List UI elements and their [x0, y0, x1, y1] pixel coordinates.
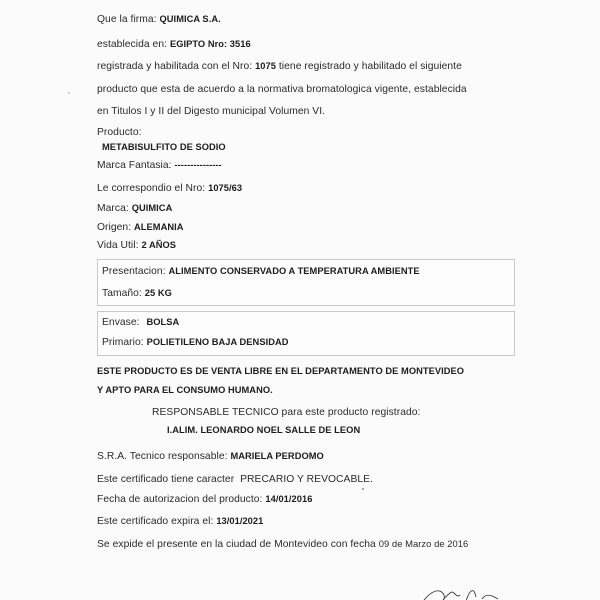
marca-fantasia-label: Marca Fantasia:: [97, 160, 172, 171]
firma-line: Que la firma: QUIMICA S.A.: [97, 14, 221, 25]
establecida-value: EGIPTO Nro: 3516: [170, 39, 251, 49]
marca-line: Marca: QUIMICA: [97, 203, 172, 214]
registro-line-3: en Titulos I y II del Digesto municipal …: [97, 106, 325, 117]
caracter-label: Este certificado tiene caracter: [97, 474, 234, 485]
registro-line-2: producto que esta de acuerdo a la normat…: [97, 84, 467, 95]
primario-line: Primario: POLIETILENO BAJA DENSIDAD: [102, 337, 289, 348]
marca-label: Marca:: [97, 203, 129, 214]
presentacion-line: Presentacion: ALIMENTO CONSERVADO A TEMP…: [102, 266, 420, 277]
sra-tecnico-line: S.R.A. Tecnico responsable: MARIELA PERD…: [97, 451, 324, 462]
registro-text: tiene registrado y habilitado el siguien…: [279, 61, 462, 72]
nro-asignado-label: Le correspondio el Nro:: [97, 183, 205, 194]
expira-line: Este certificado expira el: 13/01/2021: [97, 516, 263, 527]
ink-speck: [68, 92, 70, 94]
expedicion-value: 09 de Marzo de 2016: [379, 538, 469, 549]
presentacion-box: Presentacion: ALIMENTO CONSERVADO A TEMP…: [97, 259, 515, 306]
vida-util-value: 2 AÑOS: [141, 240, 176, 250]
establecida-line: establecida en: EGIPTO Nro: 3516: [97, 39, 251, 50]
sra-tecnico-value: MARIELA PERDOMO: [230, 451, 323, 461]
ink-speck: [362, 488, 364, 490]
marca-fantasia-value: ---------------: [175, 160, 222, 170]
firma-value: QUIMICA S.A.: [160, 14, 221, 24]
tamano-line: Tamaño: 25 KG: [102, 288, 172, 299]
registro-line-1: registrada y habilitada con el Nro: 1075…: [97, 61, 462, 72]
origen-value: ALEMANIA: [134, 222, 183, 232]
envase-box: Envase: BOLSA Primario: POLIETILENO BAJA…: [97, 311, 515, 356]
establecida-label: establecida en:: [97, 39, 167, 50]
caracter-line: Este certificado tiene caracter PRECARIO…: [97, 474, 373, 485]
marca-fantasia-line: Marca Fantasia: ---------------: [97, 160, 222, 171]
fecha-autorizacion-label: Fecha de autorizacion del producto:: [97, 494, 262, 505]
expedicion-label: Se expide el presente en la ciudad de Mo…: [97, 539, 376, 550]
expira-value: 13/01/2021: [216, 516, 263, 526]
registro-text: registrada y habilitada con el Nro:: [97, 61, 252, 72]
venta-libre-line-2: Y APTO PARA EL CONSUMO HUMANO.: [97, 385, 273, 395]
signature-mark: [420, 585, 540, 600]
tamano-label: Tamaño:: [102, 288, 142, 299]
envase-line: Envase: BOLSA: [102, 317, 179, 328]
envase-label: Envase:: [102, 317, 140, 328]
vida-util-line: Vida Util: 2 AÑOS: [97, 240, 176, 251]
nro-asignado-value: 1075/63: [208, 183, 242, 193]
expira-label: Este certificado expira el:: [97, 516, 213, 527]
origen-label: Origen:: [97, 222, 131, 233]
origen-line: Origen: ALEMANIA: [97, 222, 184, 233]
responsable-tecnico-name: I.ALIM. LEONARDO NOEL SALLE DE LEON: [167, 425, 360, 435]
venta-libre-line-1: ESTE PRODUCTO ES DE VENTA LIBRE EN EL DE…: [97, 366, 464, 376]
primario-value: POLIETILENO BAJA DENSIDAD: [147, 337, 289, 347]
fecha-autorizacion-value: 14/01/2016: [265, 494, 312, 504]
tamano-value: 25 KG: [145, 288, 172, 298]
producto-value: METABISULFITO DE SODIO: [102, 142, 226, 152]
envase-value: BOLSA: [146, 317, 179, 327]
firma-label: Que la firma:: [97, 14, 157, 25]
expedicion-line: Se expide el presente en la ciudad de Mo…: [97, 538, 468, 550]
nro-asignado-line: Le correspondio el Nro: 1075/63: [97, 183, 242, 194]
registro-nro: 1075: [255, 61, 276, 71]
sra-tecnico-label: S.R.A. Tecnico responsable:: [97, 451, 228, 462]
presentacion-label: Presentacion:: [102, 266, 166, 277]
caracter-value: PRECARIO Y REVOCABLE.: [240, 474, 373, 485]
fecha-autorizacion-line: Fecha de autorizacion del producto: 14/0…: [97, 494, 312, 505]
presentacion-value: ALIMENTO CONSERVADO A TEMPERATURA AMBIEN…: [169, 266, 420, 276]
responsable-tecnico-heading: RESPONSABLE TECNICO para este producto r…: [152, 407, 420, 418]
marca-value: QUIMICA: [132, 203, 173, 213]
producto-label: Producto:: [97, 127, 142, 138]
primario-label: Primario:: [102, 337, 144, 348]
vida-util-label: Vida Util:: [97, 240, 139, 251]
